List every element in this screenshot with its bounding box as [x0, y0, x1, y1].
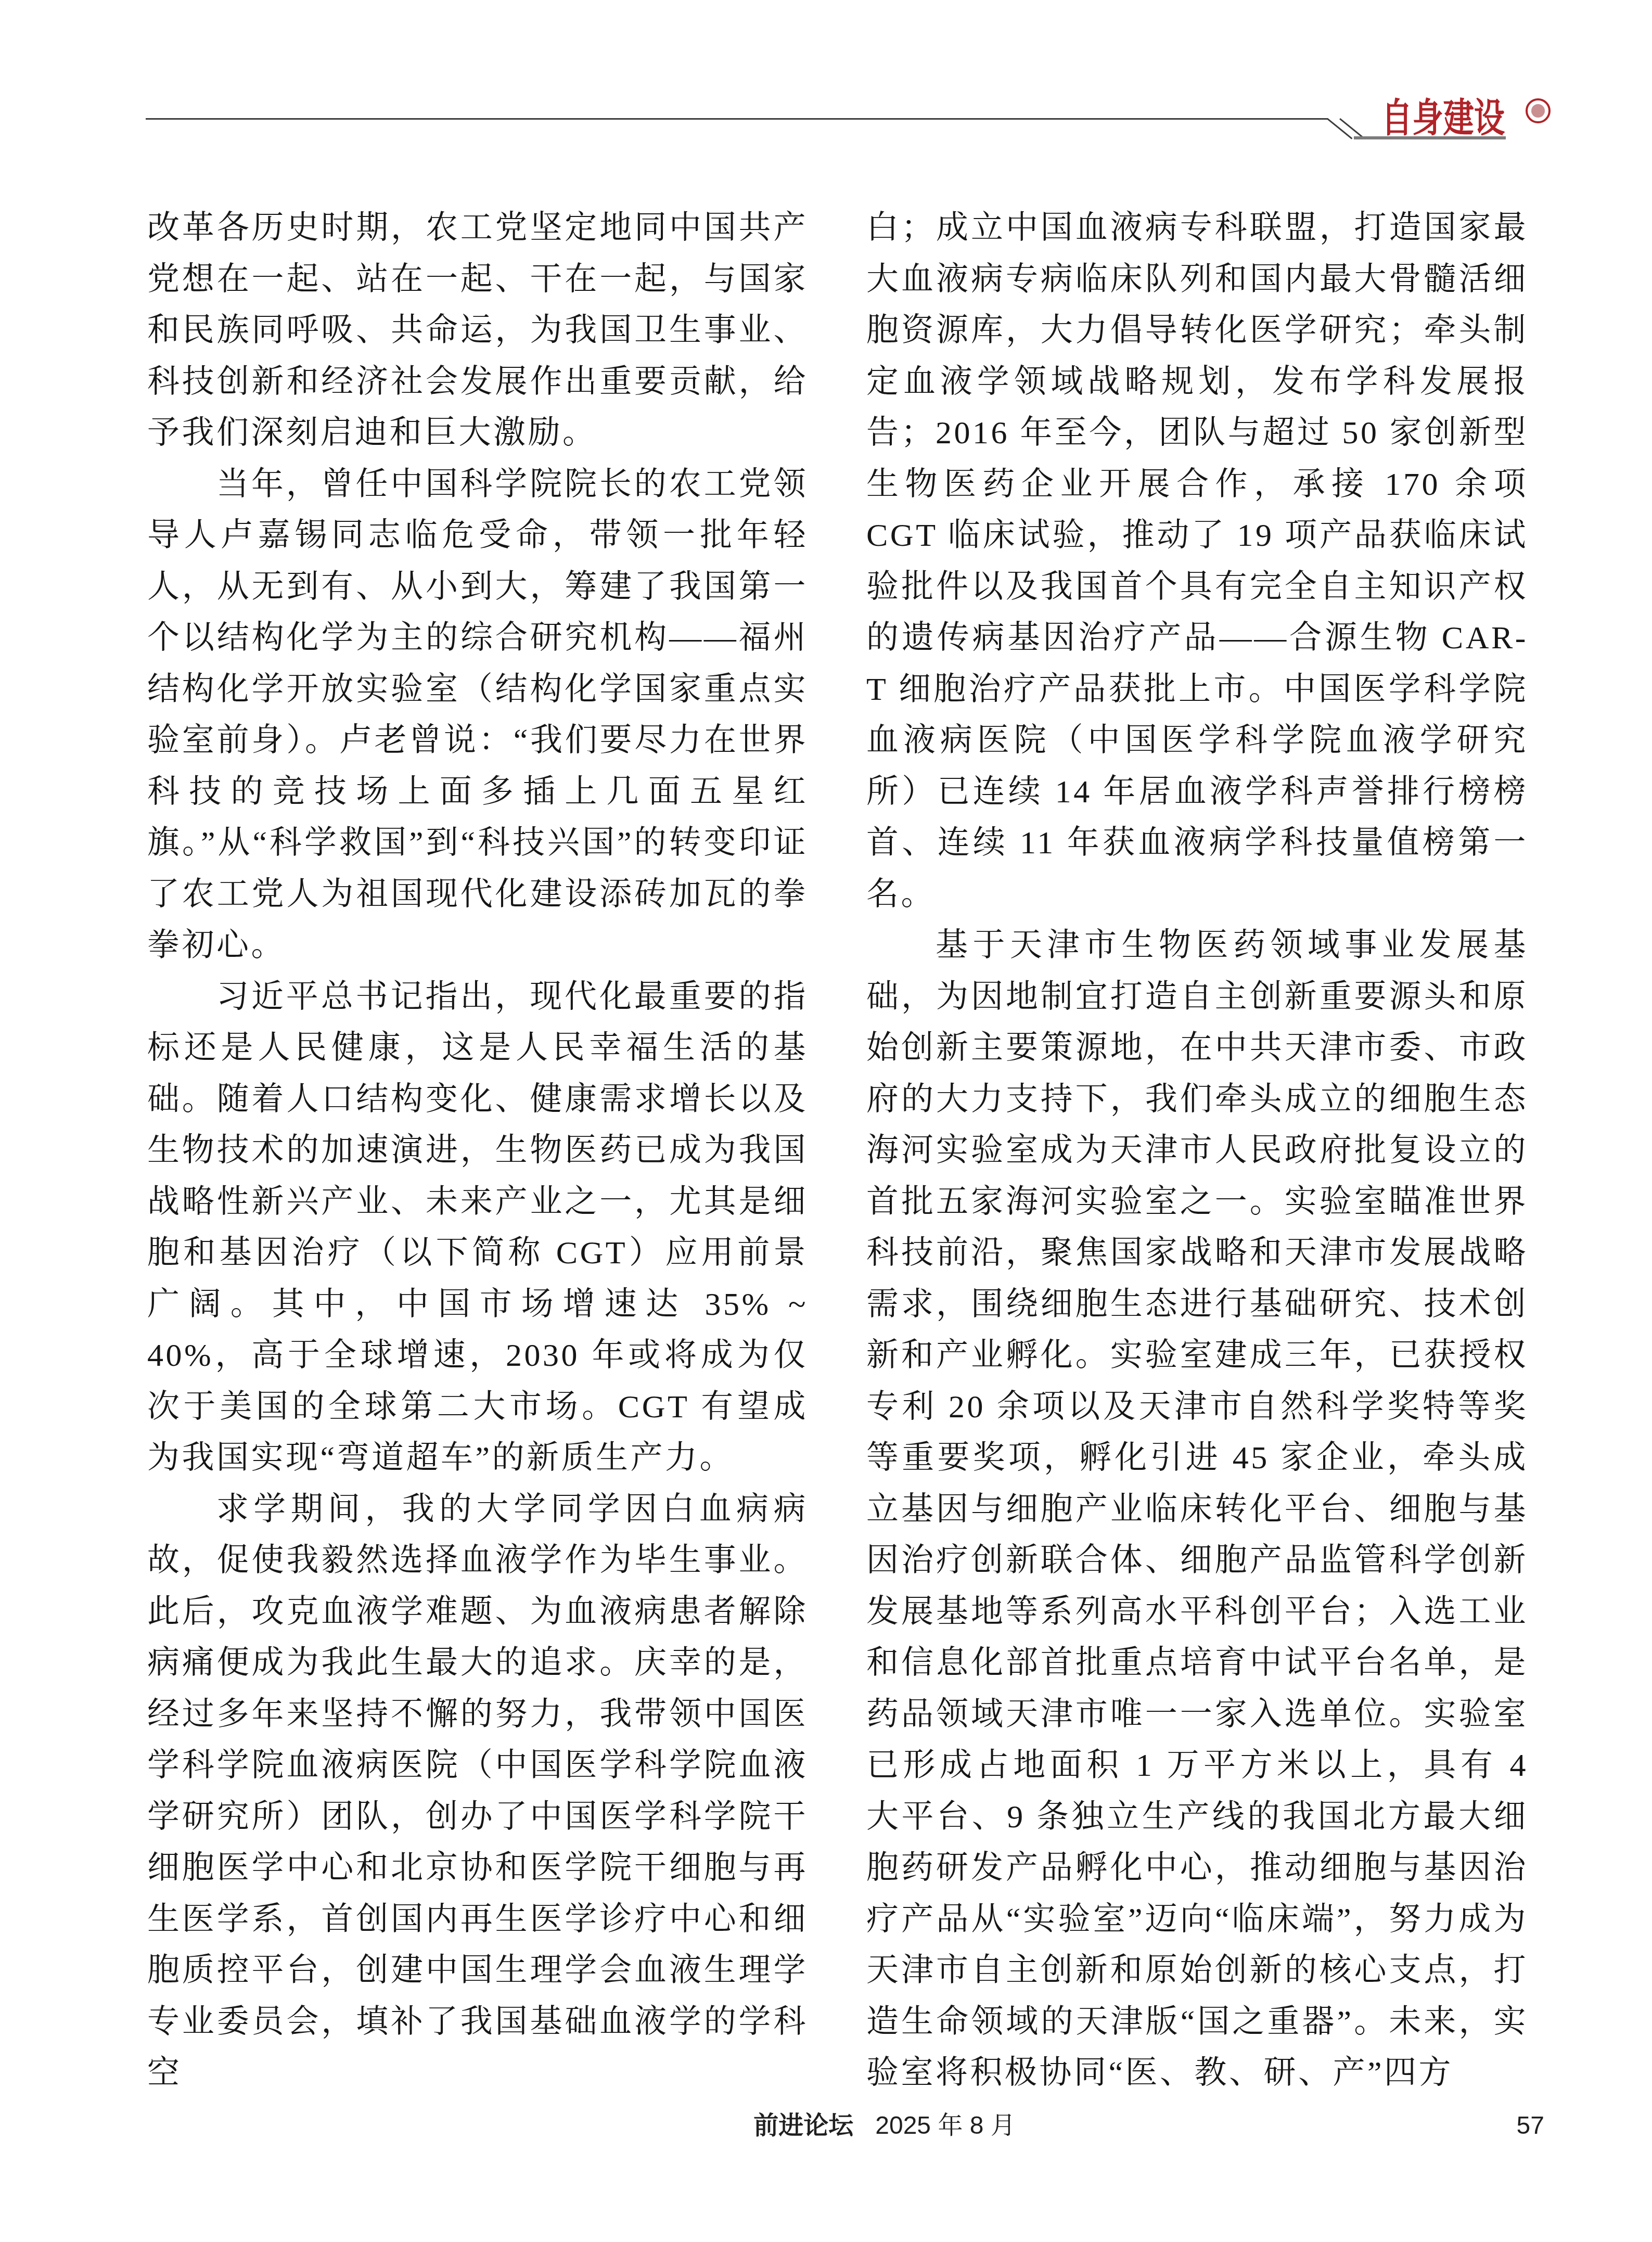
section-header-label: 自身建设 [1381, 99, 1505, 138]
text-column-left: 改革各历史时期，农工党坚定地同中国共产党想在一起、站在一起、干在一起，与国家和民… [147, 202, 808, 2099]
paragraph: 当年，曾任中国科学院院长的农工党领导人卢嘉锡同志临危受命，带领一批年轻人，从无到… [147, 459, 808, 971]
text-column-right: 白；成立中国血液病专科联盟，打造国家最大血液病专病临床队列和国内最大骨髓活细胞资… [866, 202, 1528, 2099]
paragraph: 基于天津市生物医药领域事业发展基础，为因地制宜打造自主创新重要源头和原始创新主要… [866, 920, 1528, 2099]
paragraph-continuation: 白；成立中国血液病专科联盟，打造国家最大血液病专病临床队列和国内最大骨髓活细胞资… [866, 202, 1528, 920]
section-bullet-icon [1526, 98, 1551, 123]
magazine-page: 自身建设 改革各历史时期，农工党坚定地同中国共产党想在一起、站在一起、干在一起，… [0, 0, 1652, 2242]
bullet-inner-dot-icon [1531, 104, 1545, 118]
footer-folio: 前进论坛2025 年 8 月 [753, 2111, 1016, 2141]
paragraph-continuation: 改革各历史时期，农工党坚定地同中国共产党想在一起、站在一起、干在一起，与国家和民… [147, 202, 808, 459]
paragraph: 习近平总书记指出，现代化最重要的指标还是人民健康，这是人民幸福生活的基础。随着人… [147, 971, 808, 1484]
journal-title: 前进论坛 [753, 2112, 853, 2139]
page-number: 57 [1517, 2111, 1544, 2141]
header-rule-thin [146, 118, 1328, 120]
issue-date: 2025 年 8 月 [875, 2112, 1016, 2139]
paragraph: 求学期间，我的大学同学因白血病病故，促使我毅然选择血液学作为毕生事业。此后，攻克… [147, 1484, 808, 2099]
header-rule-slash-1 [1327, 118, 1352, 139]
